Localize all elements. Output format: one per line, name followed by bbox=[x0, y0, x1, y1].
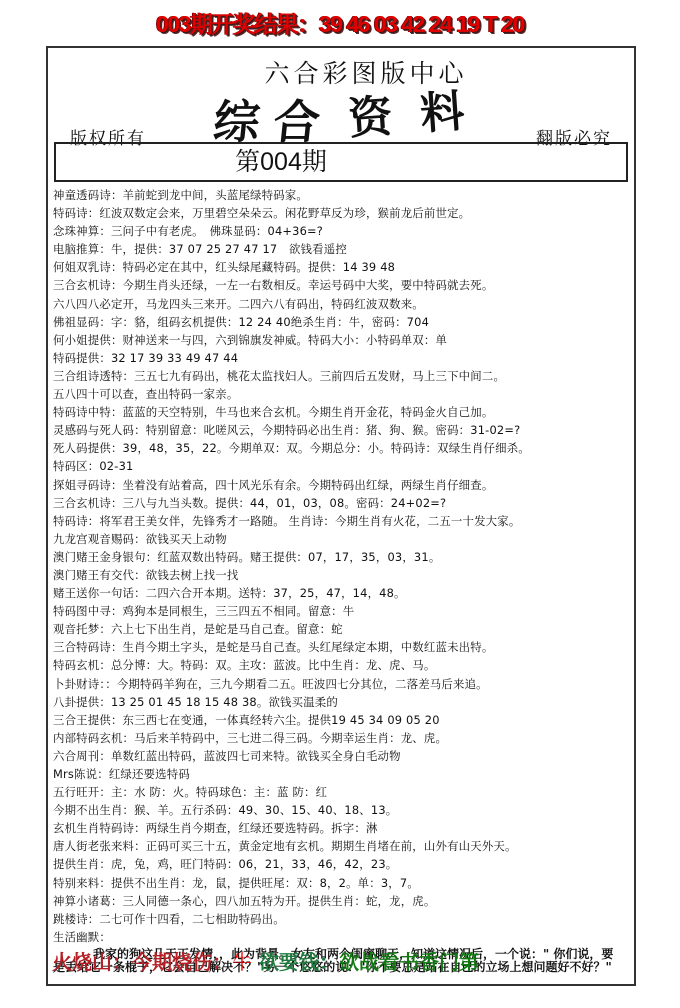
footer-label-fire-mountain: 火烧山： bbox=[52, 950, 132, 974]
issue-number: 第004期 bbox=[235, 144, 327, 180]
content-line: 特码诗：红波双数定会来，万里碧空朵朵云。闲花野草反为珍，猴前龙后前世定。 bbox=[53, 204, 631, 222]
content-lines: 神童透码诗：羊前蛇到龙中间，头蓝尾绿特码家。特码诗：红波双数定会来，万里碧空朵朵… bbox=[53, 186, 631, 946]
content-line: 三合组诗透特：三五七九有码出，桃花太监找妇人。三前四后五发财，马上三下中间二。 bbox=[53, 367, 631, 385]
content-line: 三合玄机诗：今期生肖头还绿，一左一右数相反。幸运号码中大奖，要中特码就去死。 bbox=[53, 276, 631, 294]
content-line: Mrs陈说：红绿还要选特码 bbox=[53, 765, 631, 783]
content-body: 神童透码诗：羊前蛇到龙中间，头蓝尾绿特码家。特码诗：红波双数定会来，万里碧空朵朵… bbox=[53, 186, 631, 975]
content-line: 特码区：02-31 bbox=[53, 457, 631, 475]
content-line: 特码诗中特：蓝蓝的天空特别，牛马也来合玄机。今期生肖开金花，特码金火自己加。 bbox=[53, 403, 631, 421]
content-line: 赌王送你一句话：二四六合开本期。送特：37，25，47，14，48。 bbox=[53, 584, 631, 602]
content-line: 神算小诸葛：三人同德一条心，四八加五特为开。提供生肖：蛇，龙，虎。 bbox=[53, 892, 631, 910]
document-frame: 六合彩图版中心 综合 资料 版权所有 翻版必究 第004期 神童透码诗：羊前蛇到… bbox=[46, 46, 636, 986]
content-line: 探姐寻码诗：坐着没有站着高，四十风光乐有余。今期特码出红绿，两绿生肖仔细查。 bbox=[53, 476, 631, 494]
content-line: 神童透码诗：羊前蛇到龙中间，头蓝尾绿特码家。 bbox=[53, 186, 631, 204]
footer-burn-value: 牛 bbox=[232, 950, 252, 974]
footer-label-money: 欲要钱： bbox=[259, 950, 339, 974]
footer-banner: 火烧山：今期烧伤：牛 欲要钱：欲战看书香门第 bbox=[52, 946, 608, 976]
content-line: 玄机生肖特码诗：两绿生肖今期查，红绿还要选特码。拆字：淋 bbox=[53, 819, 631, 837]
issue-number-box: 第004期 bbox=[54, 142, 628, 182]
content-line: 何姐双乳诗：特码必定在其中，红头绿尾藏特码。提供：14 39 48 bbox=[53, 258, 631, 276]
org-title: 六合彩图版中心 bbox=[48, 54, 634, 90]
content-line: 六合周刊：单数红蓝出特码，蓝波四七司来特。欲钱买全身白毛动物 bbox=[53, 747, 631, 765]
content-line: 内部特码玄机：马后来羊特码中，三七进二得三码。今期幸运生肖：龙、虎。 bbox=[53, 729, 631, 747]
footer-label-burn: 今期烧伤： bbox=[132, 950, 232, 974]
main-title-part2: 资料 bbox=[346, 73, 494, 147]
content-line: 死人码提供：39，48，35，22。今期单双：双。今期总分：小。特码诗：双绿生肖… bbox=[53, 439, 631, 457]
content-line: 澳门赌王有交代：欲钱去树上找一找 bbox=[53, 566, 631, 584]
content-line: 念珠神算：三问子中有老虎。 佛珠显码：04+36=? bbox=[53, 222, 631, 240]
content-line: 特码诗：将军君王美女伴，先锋秀才一路随。 生肖诗：今期生肖有火花，二五一十发大家… bbox=[53, 512, 631, 530]
content-line: 特码提供：32 17 39 33 49 47 44 bbox=[53, 349, 631, 367]
content-line: 特码图中寻：鸡狗本是同根生，三三四五不相同。留意：牛 bbox=[53, 602, 631, 620]
content-line: 五八四十可以查，查出特码一家亲。 bbox=[53, 385, 631, 403]
content-line: 佛祖显码：字：貉，组码玄机提供：12 24 40绝杀生肖：牛，密码：704 bbox=[53, 313, 631, 331]
content-line: 特码玄机：总分博：大。特码：双。主攻：蓝波。比中生肖：龙、虎、马。 bbox=[53, 656, 631, 674]
draw-result-banner: 003期开奖结果：39 46 03 42 24 19 T 20 bbox=[0, 6, 680, 39]
content-line: 观音托梦：六上七下出生肖，是蛇是马自己查。留意：蛇 bbox=[53, 620, 631, 638]
content-line: 生活幽默： bbox=[53, 928, 631, 946]
content-line: 澳门赌王金身银句：红蓝双数出特码。赌王提供：07，17，35，03，31。 bbox=[53, 548, 631, 566]
content-line: 九龙宫观音赐码：欲钱买天上动物 bbox=[53, 530, 631, 548]
content-line: 何小姐提供：财神送来一与四，六到锦旗发神威。特码大小：小特码单双：单 bbox=[53, 331, 631, 349]
content-line: 八卦提供：13 25 01 45 18 15 48 38。欲钱买温柔的 bbox=[53, 693, 631, 711]
content-line: 唐人街老张来料：正码可买三十五，黄金定地有玄机。期期生肖堵在前，山外有山天外天。 bbox=[53, 837, 631, 855]
content-line: 提供生肖：虎，兔，鸡，旺门特码：06，21，33，46，42，23。 bbox=[53, 855, 631, 873]
content-line: 六八四八必定开，马龙四头三来开。二四六八有码出，特码红波双数来。 bbox=[53, 295, 631, 313]
content-line: 灵感码与死人码：特别留意：叱嗟风云，今期特码必出生肖：猪、狗、猴。密码：31-0… bbox=[53, 421, 631, 439]
content-line: 电脑推算：牛，提供：37 07 25 27 47 17 欲钱看遥控 bbox=[53, 240, 631, 258]
content-line: 卜卦财诗：：今期特码羊狗在，三九今期看二五。旺波四七分其位，二落差马后来追。 bbox=[53, 675, 631, 693]
content-line: 三合王提供：东三西七在变通，一体真经转六尘。提供19 45 34 09 05 2… bbox=[53, 711, 631, 729]
content-line: 三合特码诗：生肖今期土字头，是蛇是马自己查。头红尾绿定本期，中数红蓝未出特。 bbox=[53, 638, 631, 656]
content-line: 跳楼诗：二七可作十四看，二七相助特码出。 bbox=[53, 910, 631, 928]
content-line: 五行旺开：主：水 防：火。特码球色：主：蓝 防：红 bbox=[53, 783, 631, 801]
content-line: 三合玄机诗：三八与九当头数。提供：44，01，03，08。密码：24+02=? bbox=[53, 494, 631, 512]
content-line: 今期不出生肖：猴、羊。五行杀码：49、30、15、40、18、13。 bbox=[53, 801, 631, 819]
footer-money-value: 欲战看书香门第 bbox=[339, 950, 479, 974]
content-line: 特别来料：提供不出生肖：龙，鼠，提供旺尾：双：8，2。单：3，7。 bbox=[53, 874, 631, 892]
